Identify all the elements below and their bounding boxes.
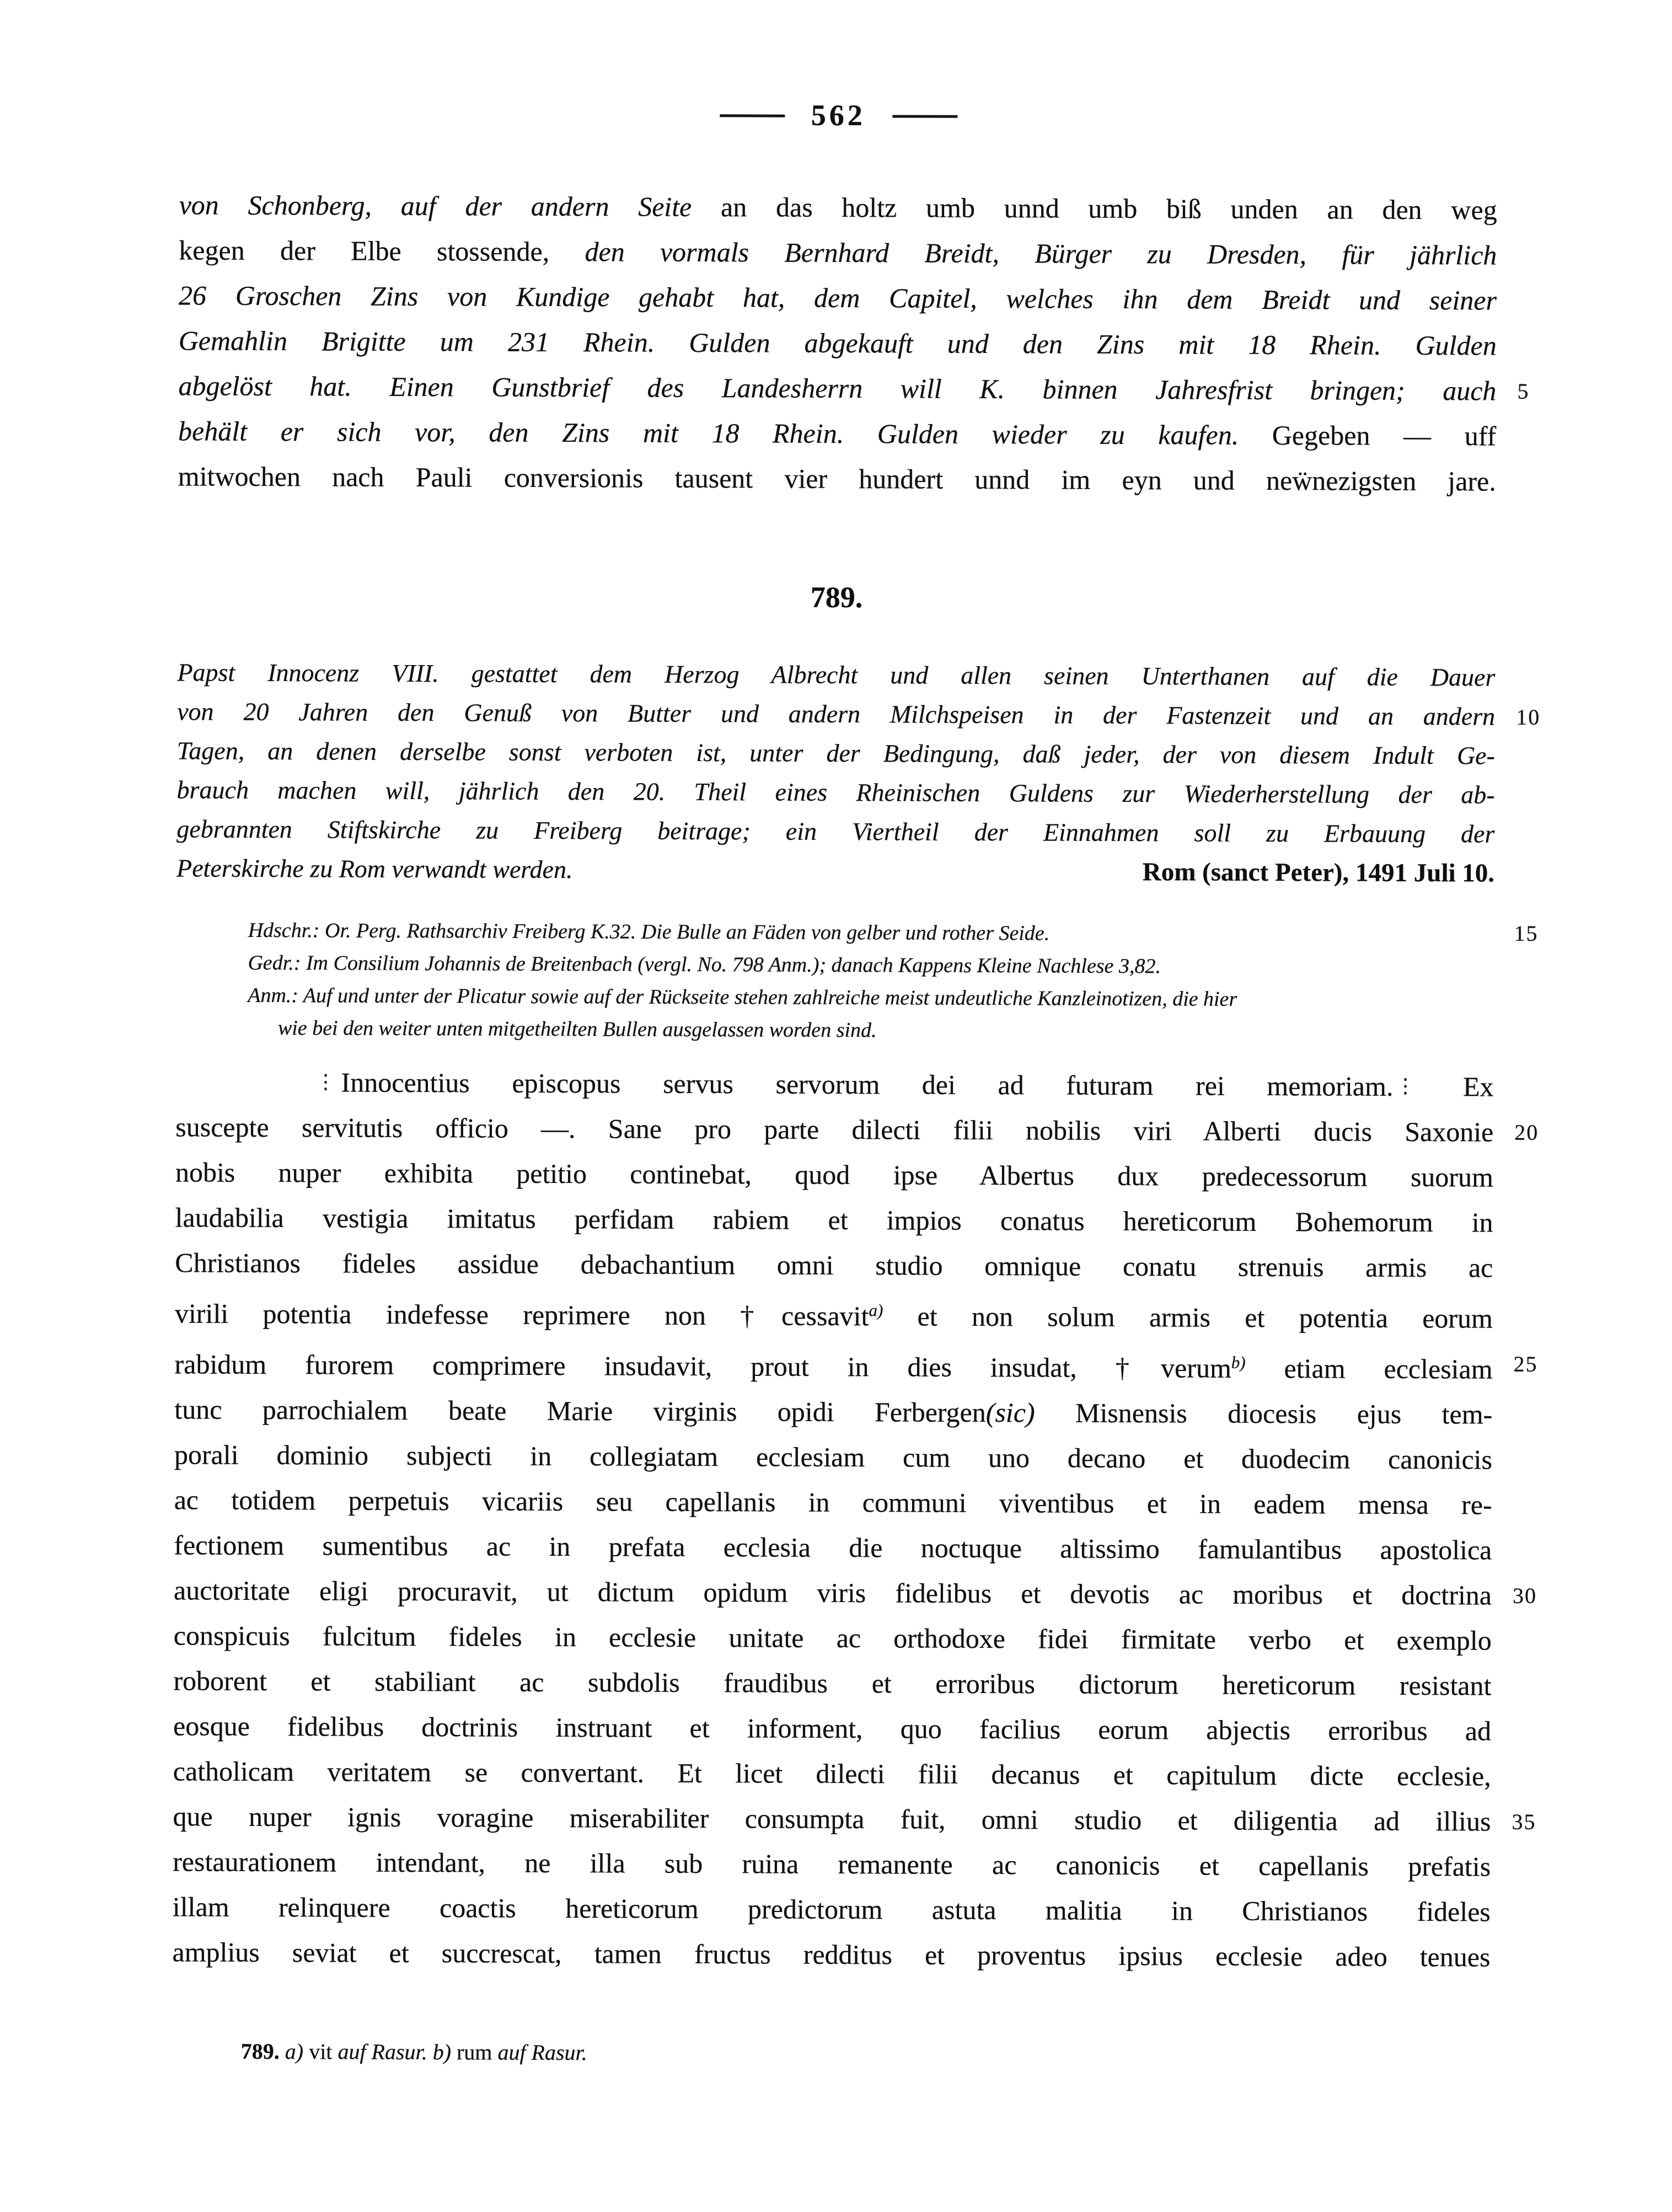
margin-line-number: 20 — [1514, 1110, 1539, 1155]
text-line: conspicuis fulcitum fideles in ecclesie … — [174, 1613, 1492, 1663]
page-sheet: 562 von Schonberg, auf der andern Seite … — [0, 0, 1672, 2212]
text-segment — [427, 2039, 433, 2064]
text-segment: amplius seviat et succrescat, tamen fruc… — [172, 1936, 1490, 1972]
text-line: virili potentia indefesse reprimere non … — [175, 1285, 1493, 1341]
text-line: fectionem sumentibus ac in prefata eccle… — [174, 1522, 1492, 1572]
text-segment: 789. — [241, 2039, 280, 2064]
text-segment: roborent et stabiliant ac subdolis fraud… — [173, 1665, 1491, 1701]
text-segment: et non solum armis et potentia eorum — [883, 1300, 1493, 1333]
text-line: auctoritate eligi procuravit, ut dictum … — [174, 1567, 1492, 1618]
text-line: que nuper ignis voragine miserabiliter c… — [173, 1793, 1491, 1844]
text-segment: von Schonberg, auf der andern Seite — [179, 189, 721, 222]
text-line: amplius seviat et succrescat, tamen fruc… — [172, 1929, 1490, 1979]
header-rule-left — [720, 114, 785, 117]
text-segment: conspicuis fulcitum fideles in ecclesie … — [174, 1620, 1492, 1656]
text-line: Gemahlin Brigitte um 231 Rhein. Gulden a… — [179, 318, 1497, 368]
text-line: 26 Groschen Zins von Kundige gehabt hat,… — [179, 272, 1497, 323]
text-segment: virili potentia indefesse reprimere non … — [175, 1298, 869, 1331]
text-segment: rabidum furorem comprimere insudavit, pr… — [175, 1348, 1231, 1383]
text-line: Tagen, an denen derselbe sonst verboten … — [177, 731, 1495, 775]
text-line: nobis nuper exhibita petitio continebat,… — [175, 1149, 1493, 1199]
text-line: Peterskirche zu Rom verwandt werden.Rom … — [176, 848, 1494, 893]
text-segment: vit — [309, 2039, 337, 2064]
text-segment: abgelöst hat. Einen Gunstbrief des Lande… — [178, 370, 1496, 406]
text-segment: 26 Groschen Zins von Kundige gehabt hat,… — [179, 280, 1497, 315]
text-segment: Gegeben — uff — [1272, 420, 1497, 452]
page-number: 562 — [811, 99, 866, 132]
header-rule-right — [892, 115, 957, 117]
text-segment: ⋮ — [316, 1070, 336, 1093]
text-line: restaurationem intendant, ne illa sub ru… — [173, 1839, 1491, 1889]
text-segment: Rom (sanct Peter), 1491 Juli 10. — [1143, 858, 1494, 887]
text-line: kegen der Elbe stossende, den vormals Be… — [179, 227, 1497, 277]
margin-line-number: 25 — [1514, 1342, 1538, 1387]
text-line: von 20 Jahren den Genuß von Butter und a… — [177, 692, 1495, 736]
text-segment: catholicam veritatem se convertant. Et l… — [173, 1755, 1491, 1791]
text-segment: auf Rasur. — [337, 2039, 427, 2065]
text-line: catholicam veritatem se convertant. Et l… — [173, 1748, 1491, 1798]
margin-line-number: 30 — [1513, 1573, 1537, 1619]
text-segment: auf Rasur. — [497, 2040, 587, 2065]
text-line: Christianos fideles assidue debachantium… — [175, 1240, 1493, 1290]
text-line: gebrannten Stiftskirche zu Freiberg beit… — [176, 809, 1494, 853]
regest-summary: Papst Innocenz VIII. gestattet dem Herzo… — [176, 652, 1496, 893]
text-segment: a) — [280, 2039, 309, 2064]
text-line: brauch machen will, jährlich den 20. The… — [177, 770, 1495, 814]
text-segment: Misnensis diocesis ejus tem- — [1035, 1397, 1493, 1429]
text-segment: Peterskirche zu Rom verwandt werden. — [176, 854, 573, 883]
text-segment: rum — [457, 2039, 498, 2064]
page-header: 562 — [179, 95, 1497, 135]
text-line: Gedr.: Im Consilium Johannis de Breitenb… — [248, 947, 1505, 984]
text-segment: que nuper ignis voragine miserabiliter c… — [173, 1801, 1491, 1836]
text-line: mitwochen nach Pauli conversionis tausen… — [178, 453, 1496, 504]
text-segment: mitwochen nach Pauli conversionis tausen… — [178, 460, 1496, 496]
text-segment: etiam ecclesiam — [1246, 1353, 1493, 1385]
text-segment: Anm.: Auf und unter der Plicatur sowie a… — [248, 984, 1237, 1011]
margin-line-number: 35 — [1512, 1799, 1536, 1845]
text-segment: Gemahlin Brigitte um 231 Rhein. Gulden a… — [179, 325, 1497, 361]
text-segment: eosque fidelibus doctrinis instruant et … — [173, 1710, 1491, 1746]
text-segment: den vormals Bernhard Breidt, Bürger zu D… — [585, 236, 1497, 270]
text-segment: gebrannten Stiftskirche zu Freiberg beit… — [176, 815, 1494, 848]
source-notes: Hdschr.: Or. Perg. Rathsarchiv Freiberg … — [248, 914, 1505, 1049]
text-segment: Christianos fideles assidue debachantium… — [175, 1247, 1493, 1283]
text-line: von Schonberg, auf der andern Seite an d… — [179, 182, 1497, 232]
previous-entry-continuation: von Schonberg, auf der andern Seite an d… — [178, 182, 1497, 504]
text-line: rabidum furorem comprimere insudavit, pr… — [174, 1336, 1492, 1391]
text-segment: Ex — [1421, 1071, 1493, 1102]
text-segment: Gedr.: Im Consilium Johannis de Breitenb… — [248, 951, 1161, 978]
text-segment: Papst Innocenz VIII. gestattet dem Herzo… — [177, 658, 1495, 691]
text-line: laudabilia vestigia imitatus perfidam ra… — [175, 1195, 1493, 1245]
text-line: roborent et stabiliant ac subdolis fraud… — [173, 1658, 1491, 1708]
text-segment: ac totidem perpetuis vicariis seu capell… — [174, 1484, 1492, 1520]
text-segment: (sic) — [986, 1397, 1035, 1428]
text-segment: illam relinquere coactis hereticorum pre… — [173, 1891, 1491, 1927]
text-line: eosque fidelibus doctrinis instruant et … — [173, 1703, 1491, 1753]
text-line: Anm.: Auf und unter der Plicatur sowie a… — [248, 979, 1505, 1017]
text-line: abgelöst hat. Einen Gunstbrief des Lande… — [178, 363, 1496, 413]
text-line: suscepte servitutis officio —. Sane pro … — [175, 1104, 1493, 1154]
scanned-book-page: 562 von Schonberg, auf der andern Seite … — [0, 0, 1672, 2212]
text-segment: von 20 Jahren den Genuß von Butter und a… — [177, 697, 1495, 730]
text-segment: porali dominio subjecti in collegiatam e… — [174, 1439, 1492, 1475]
margin-line-number: 5 — [1517, 369, 1529, 414]
text-segment: nobis nuper exhibita petitio continebat,… — [175, 1156, 1493, 1192]
charter-latin-text: ⋮Innocentius episcopus servus servorum d… — [172, 1059, 1493, 1979]
text-segment: b) — [1231, 1353, 1246, 1372]
text-line: tunc parrochialem beate Marie virginis o… — [174, 1386, 1492, 1437]
text-segment: laudabilia vestigia imitatus perfidam ra… — [175, 1202, 1493, 1238]
text-line: ⋮Innocentius episcopus servus servorum d… — [175, 1059, 1493, 1109]
text-segment: Tagen, an denen derselbe sonst verboten … — [177, 736, 1495, 769]
text-line: ac totidem perpetuis vicariis seu capell… — [174, 1477, 1492, 1527]
text-segment: Hdschr.: Or. Perg. Rathsarchiv Freiberg … — [248, 919, 1050, 945]
dateline-text: Peterskirche zu Rom verwandt werden. — [176, 848, 573, 889]
text-segment: fectionem sumentibus ac in prefata eccle… — [174, 1529, 1492, 1565]
text-line: wie bei den weiter unten mitgetheilten B… — [248, 1012, 1505, 1049]
text-segment: kegen der Elbe stossende, — [179, 234, 585, 267]
text-segment: a) — [869, 1300, 883, 1320]
text-segment: an das holtz umb unnd umb biß unden an d… — [721, 191, 1497, 225]
text-line: behält er sich vor, den Zins mit 18 Rhei… — [178, 408, 1496, 458]
text-line: Hdschr.: Or. Perg. Rathsarchiv Freiberg … — [248, 914, 1505, 952]
text-segment: suscepte servitutis officio —. Sane pro … — [175, 1111, 1493, 1147]
text-segment: tunc parrochialem beate Marie virginis o… — [174, 1394, 986, 1428]
text-line: Papst Innocenz VIII. gestattet dem Herzo… — [177, 652, 1495, 697]
text-segment: Innocentius episcopus servus servorum de… — [341, 1067, 1394, 1102]
text-segment: wie bei den weiter unten mitgetheilten B… — [278, 1016, 877, 1042]
text-segment: behält er sich vor, den Zins mit 18 Rhei… — [178, 415, 1272, 451]
text-line: illam relinquere coactis hereticorum pre… — [173, 1884, 1491, 1934]
dateline-date: Rom (sanct Peter), 1491 Juli 10. — [1143, 853, 1495, 893]
margin-line-number: 10 — [1516, 698, 1540, 737]
text-segment: auctoritate eligi procuravit, ut dictum … — [174, 1574, 1492, 1610]
text-line: 789. a) vit auf Rasur. b) rum auf Rasur. — [241, 2037, 1509, 2071]
entry-number-heading: 789. — [178, 577, 1496, 617]
margin-line-number: 15 — [1514, 917, 1539, 950]
text-segment: restaurationem intendant, ne illa sub ru… — [173, 1846, 1491, 1882]
text-line: porali dominio subjecti in collegiatam e… — [174, 1432, 1492, 1482]
text-segment: b) — [433, 2039, 457, 2064]
apparatus-footnote: 789. a) vit auf Rasur. b) rum auf Rasur. — [241, 2037, 1509, 2071]
text-segment: brauch machen will, jährlich den 20. The… — [177, 775, 1495, 808]
text-segment: ⋮ — [1395, 1075, 1415, 1097]
